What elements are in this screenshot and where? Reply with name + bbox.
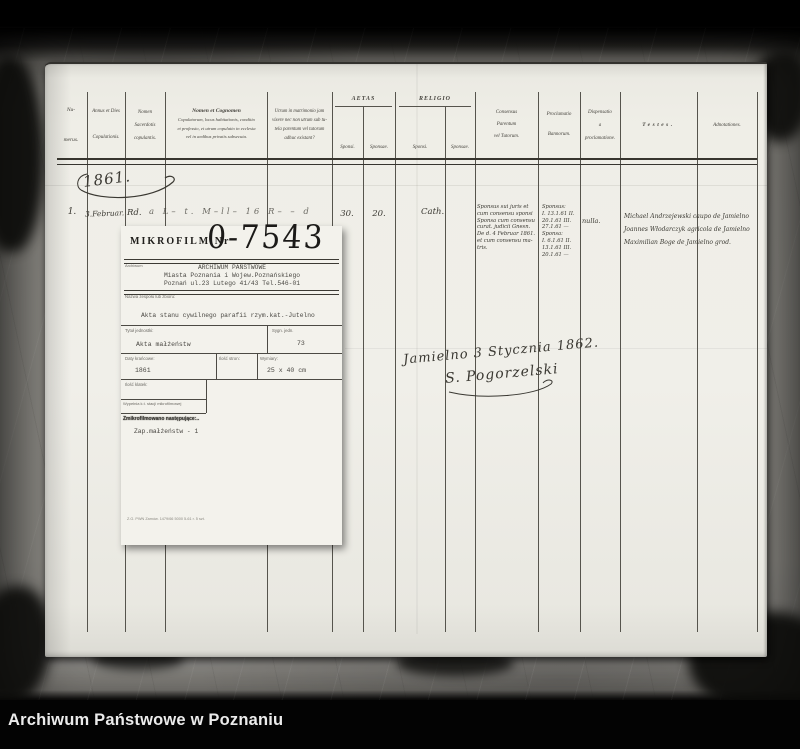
- entry-proclamatio: Sponsus: I. 13.1.61 II. 20.1.61 III. 27.…: [542, 204, 580, 258]
- card-zmikro-label: Zmikrofilmowano następujące:..: [123, 416, 199, 422]
- entry-priest: Rd.: [127, 208, 142, 218]
- header-annus-dies: Annus et Dies Copulationis.: [88, 92, 124, 158]
- header-adnotationes: Adnotationes.: [697, 92, 757, 158]
- card-archive-address: ARCHIWUM PAŃSTWOWE Miasta Poznania i Woj…: [136, 264, 328, 288]
- header-nomen-sub: Copulatorum, locus habitationis, conditi…: [177, 116, 255, 142]
- header-aetas-sponsae: Sponsae.: [363, 106, 395, 158]
- card-rule: [121, 399, 206, 400]
- column-rule: [475, 92, 476, 632]
- signature-flourish: [443, 376, 563, 400]
- card-daty-value: 1861: [135, 367, 151, 374]
- card-microfilm-number: 0-7543: [206, 219, 326, 257]
- entry-age-sponsae: 20.: [365, 209, 393, 219]
- entry-date: 3.Februar.: [85, 208, 125, 218]
- column-rule: [395, 92, 396, 632]
- header-nomen-cognomen: Nomen et Cognomen Copulatorum, locus hab…: [167, 92, 266, 158]
- entry-age-sponsi: 30.: [333, 209, 361, 219]
- header-sacerdos: Nomen Sacerdotis copulantis.: [126, 92, 164, 158]
- card-cell-divider: [267, 325, 268, 353]
- card-rule: [121, 379, 342, 380]
- card-tytul-value: Akta małżeństw: [136, 341, 191, 348]
- column-rule: [445, 106, 446, 632]
- card-rule: [121, 353, 342, 354]
- header-nomen-title: Nomen et Cognomen: [192, 108, 241, 114]
- header-utrum: Utrum in matrimonio jam vixere nec non u…: [269, 92, 330, 158]
- header-aetas: AETAS: [332, 92, 395, 106]
- column-rule: [363, 106, 364, 632]
- card-cell-divider: [216, 353, 217, 379]
- header-proclamatio: Proclamatio Bannorum.: [538, 92, 580, 158]
- header-religio-sponsi: Sponsi.: [395, 106, 445, 158]
- card-zmikro-value: Zap.małżeństw - 1: [134, 428, 198, 435]
- card-wymiary-value: 25 x 40 cm: [267, 367, 306, 374]
- column-rule: [620, 92, 621, 632]
- card-rule: [121, 413, 206, 414]
- closing-place-date: Jamielno 3 Stycznia 1862.: [403, 335, 600, 367]
- card-cell-divider: [206, 379, 207, 413]
- column-rule: [757, 92, 758, 632]
- header-religio: RELIGIO: [395, 92, 475, 106]
- entry-testes: Michael Andrzejewski caupo de Jamielno J…: [624, 210, 764, 249]
- card-daty-label: Daty krańcowe:: [125, 356, 155, 361]
- entry-numerus: 1.: [59, 207, 85, 217]
- header-consensus: Consensus Parentum vel Tutorum.: [475, 92, 538, 158]
- card-sygn-label: Sygn. jedn.: [272, 328, 294, 333]
- card-wypelnia-label: Wypełnia k.t. stacji mikrofilmowej: [123, 402, 205, 407]
- year-flourish: [67, 164, 197, 206]
- card-nazwa-label: Nazwa zespołu lub zbioru:: [125, 294, 175, 299]
- card-rule: [121, 325, 342, 326]
- entry-dispensatio: nulla.: [582, 217, 600, 225]
- entry-religio: Cath.: [421, 207, 444, 217]
- column-rule: [697, 92, 698, 632]
- card-cell-divider: [257, 353, 258, 379]
- card-print-line: Z.G. PWN Zamów. 1479/66 5000 5-61 r. 5 s…: [127, 517, 205, 521]
- header-testes: Testes.: [620, 92, 697, 158]
- card-tytul-label: Tytuł jednostki:: [125, 328, 153, 333]
- card-ilosc-klatek-label: Ilość klatek:: [125, 382, 147, 387]
- card-nazwa-value: Akta stanu cywilnego parafii rzym.kat.-J…: [141, 312, 315, 319]
- header-religio-sponsae: Sponsae.: [445, 106, 475, 158]
- archive-caption: Archiwum Państwowe w Poznaniu: [8, 711, 283, 730]
- header-aetas-sponsi: Sponsi.: [332, 106, 363, 158]
- card-wymiary-label: Wymiary:: [260, 356, 278, 361]
- archival-photo-frame: Nu- merus. Annus et Dies Copulationis. N…: [0, 0, 800, 749]
- card-sygn-value: 73: [297, 340, 305, 347]
- entry-consensus: Sponsus sui juris et cum consensu sponsi…: [477, 204, 539, 252]
- column-rule: [580, 92, 581, 632]
- card-ilosc-stron-label: Ilość stron:: [219, 356, 240, 361]
- caption-bar: Archiwum Państwowe w Poznaniu: [0, 700, 800, 749]
- microfilm-card: MIKROFILM Nr 0-7543 Archiwum ARCHIWUM PA…: [121, 226, 342, 545]
- header-dispensatio: Dispensatio a proclamatione.: [580, 92, 620, 158]
- header-numerus: Nu- merus.: [57, 92, 85, 158]
- entry-names-fragment: a L– t. M–ll– 16 R– – d: [149, 207, 329, 217]
